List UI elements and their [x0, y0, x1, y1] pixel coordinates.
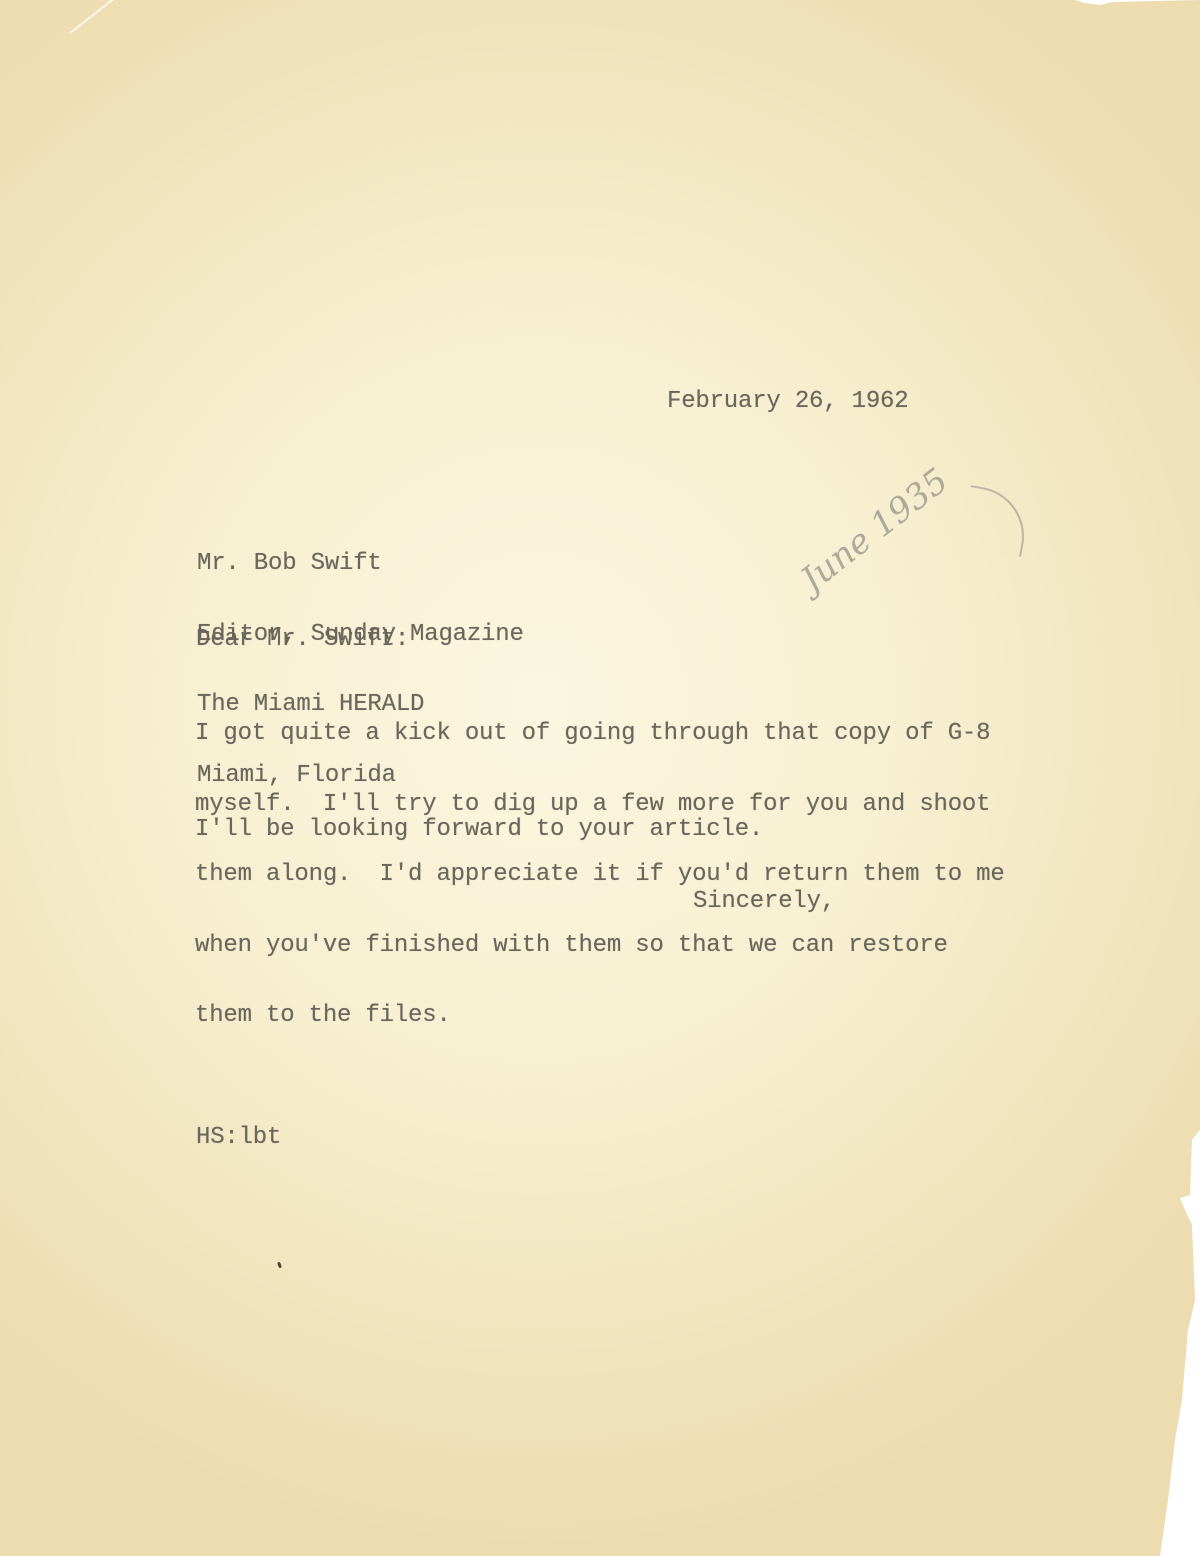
body-line: when you've finished with them so that w…	[195, 934, 1005, 958]
recipient-name: Mr. Bob Swift	[197, 552, 524, 576]
body-paragraph: I got quite a kick out of going through …	[195, 675, 1005, 1075]
body-line: I got quite a kick out of going through …	[195, 722, 1005, 746]
handwritten-annotation: June 1935	[793, 461, 955, 600]
closing-paragraph: I'll be looking forward to your article.	[195, 818, 763, 842]
paper-crease	[69, 0, 118, 34]
pencil-bracket-mark	[960, 485, 1032, 557]
letter-paper: February 26, 1962 Mr. Bob Swift Editor, …	[0, 0, 1200, 1556]
body-line: them along. I'd appreciate it if you'd r…	[195, 863, 1005, 887]
letter-date: February 26, 1962	[667, 390, 908, 414]
ink-speck	[277, 1262, 282, 1269]
body-line: myself. I'll try to dig up a few more fo…	[195, 793, 1005, 817]
body-line: them to the files.	[195, 1004, 1005, 1028]
reference-initials: HS:lbt	[196, 1126, 281, 1150]
salutation: Dear Mr. Swift:	[196, 628, 409, 652]
complimentary-close: Sincerely,	[693, 890, 835, 914]
